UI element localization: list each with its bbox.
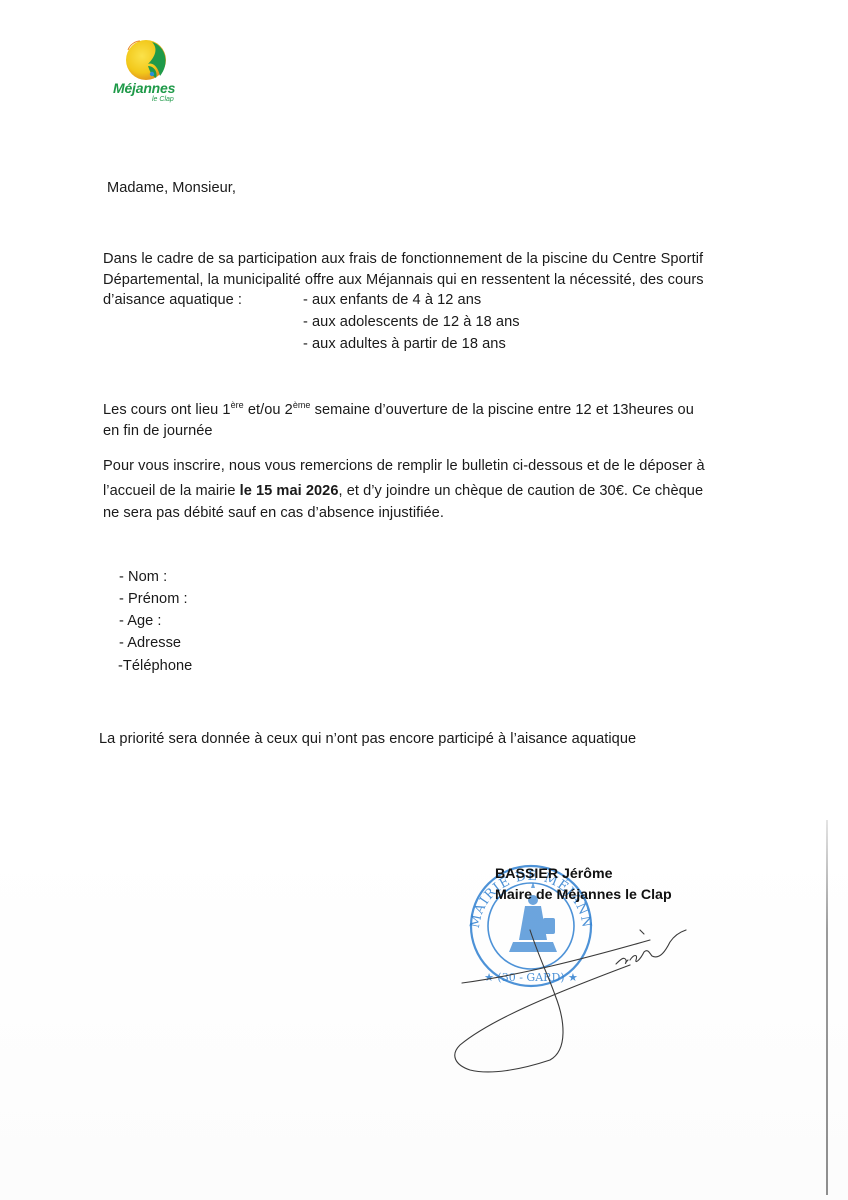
signatory-name: BASSIER Jérôme <box>495 864 612 884</box>
field-label-nom: - Nom : <box>119 566 167 588</box>
field-label-telephone: -Téléphone <box>118 655 192 677</box>
schedule-line-1: Les cours ont lieu 1ère et/ou 2ème semai… <box>103 399 694 421</box>
schedule-text: et/ou 2 <box>244 402 293 418</box>
logo-subtitle: le Clap <box>152 96 174 103</box>
signatory-title: Maire de Méjannes le Clap <box>495 885 672 905</box>
salutation: Madame, Monsieur, <box>107 177 236 199</box>
deadline-date: le 15 mai 2026 <box>240 483 339 499</box>
registration-line-1: Pour vous inscrire, nous vous remercions… <box>103 455 705 477</box>
letter-page: Méjannes le Clap Madame, Monsieur, Dans … <box>0 0 848 1200</box>
field-label-adresse: - Adresse <box>119 632 181 654</box>
registration-text: , et d’y joindre un chèque de caution de… <box>339 483 704 499</box>
logo-name: Méjannes <box>113 80 175 96</box>
registration-text: l’accueil de la mairie <box>103 483 240 499</box>
schedule-text: semaine d’ouverture de la piscine entre … <box>311 402 694 418</box>
intro-line-1: Dans le cadre de sa participation aux fr… <box>103 248 703 270</box>
ordinal-suffix: ème <box>293 400 311 410</box>
priority-note: La priorité sera donnée à ceux qui n’ont… <box>99 728 636 750</box>
audience-item: - aux adultes à partir de 18 ans <box>303 333 506 355</box>
schedule-line-2: en fin de journée <box>103 420 213 442</box>
ordinal-suffix: ère <box>231 400 244 410</box>
field-label-age: - Age : <box>119 610 162 632</box>
registration-line-2: l’accueil de la mairie le 15 mai 2026, e… <box>103 480 703 502</box>
audience-item: - aux adolescents de 12 à 18 ans <box>303 311 520 333</box>
scan-edge-line <box>826 820 828 1195</box>
audience-item: - aux enfants de 4 à 12 ans <box>303 289 481 311</box>
handwritten-signature-icon <box>430 920 700 1080</box>
schedule-text: Les cours ont lieu 1 <box>103 402 231 418</box>
intro-line-2: Départemental, la municipalité offre aux… <box>103 269 704 291</box>
intro-line-3: d’aisance aquatique : <box>103 289 242 311</box>
registration-line-3: ne sera pas débité sauf en cas d’absence… <box>103 502 444 524</box>
field-label-prenom: - Prénom : <box>119 588 188 610</box>
